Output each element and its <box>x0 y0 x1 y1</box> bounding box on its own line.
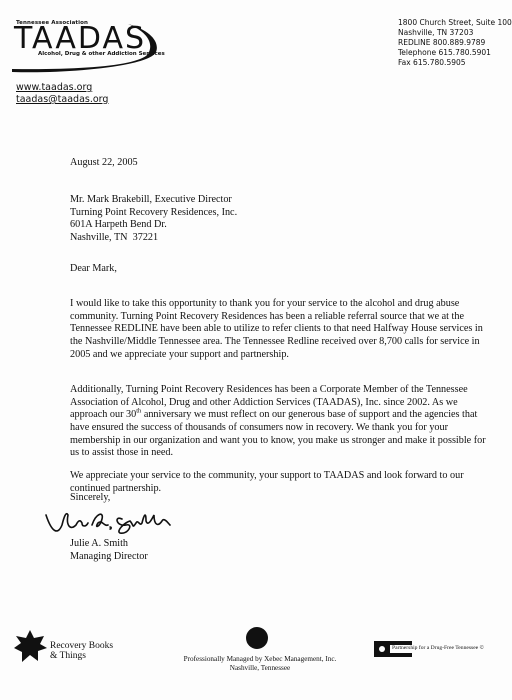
recovery-books-leaf-icon <box>12 628 48 664</box>
salutation: Dear Mark, <box>70 263 117 276</box>
recovery-books-line: Recovery Books <box>50 641 113 651</box>
signer-name: Julie A. Smith <box>70 538 148 551</box>
body-paragraph-2: Additionally, Turning Point Recovery Res… <box>70 384 495 460</box>
signer-block: Julie A. Smith Managing Director <box>70 538 148 563</box>
recipient-line: Mr. Mark Brakebill, Executive Director <box>70 194 237 207</box>
telephone: Telephone 615.780.5901 <box>398 48 512 58</box>
recipient-block: Mr. Mark Brakebill, Executive Director T… <box>70 194 237 244</box>
managed-by-location: Nashville, Tennessee <box>160 664 360 673</box>
letterhead-address: 1800 Church Street, Suite 100 Nashville,… <box>398 18 512 68</box>
address-line: 1800 Church Street, Suite 100 <box>398 18 512 28</box>
fax: Fax 615.780.5905 <box>398 58 512 68</box>
letter-date: August 22, 2005 <box>70 157 138 170</box>
recipient-line: Turning Point Recovery Residences, Inc. <box>70 207 237 220</box>
email-link[interactable]: taadas@taadas.org <box>16 94 108 106</box>
managed-by-line: Professionally Managed by Xebec Manageme… <box>160 655 360 664</box>
body-paragraph-1: I would like to take this opportunity to… <box>70 298 490 361</box>
logo-subtitle: Alcohol, Drug & other Addiction Services <box>38 51 165 57</box>
redline-phone: REDLINE 800.889.9789 <box>398 38 512 48</box>
xebec-globe-icon <box>246 627 268 649</box>
website-link[interactable]: www.taadas.org <box>16 82 108 94</box>
signer-title: Managing Director <box>70 551 148 564</box>
recovery-books-text: Recovery Books & Things <box>50 641 113 661</box>
managed-by-text: Professionally Managed by Xebec Manageme… <box>160 655 360 673</box>
contact-links: www.taadas.org taadas@taadas.org <box>16 82 108 106</box>
address-line: Nashville, TN 37203 <box>398 28 512 38</box>
partnership-text: Partnership for a Drug-Free Tennessee © <box>392 645 484 651</box>
signature-icon <box>44 505 174 539</box>
body-paragraph-3: We appreciate your service to the commun… <box>70 470 490 495</box>
recipient-line: Nashville, TN 37221 <box>70 232 237 245</box>
recipient-line: 601A Harpeth Bend Dr. <box>70 219 237 232</box>
recovery-books-line: & Things <box>50 651 113 661</box>
closing: Sincerely, <box>70 492 110 505</box>
logo-name: TAADAS <box>14 24 146 54</box>
